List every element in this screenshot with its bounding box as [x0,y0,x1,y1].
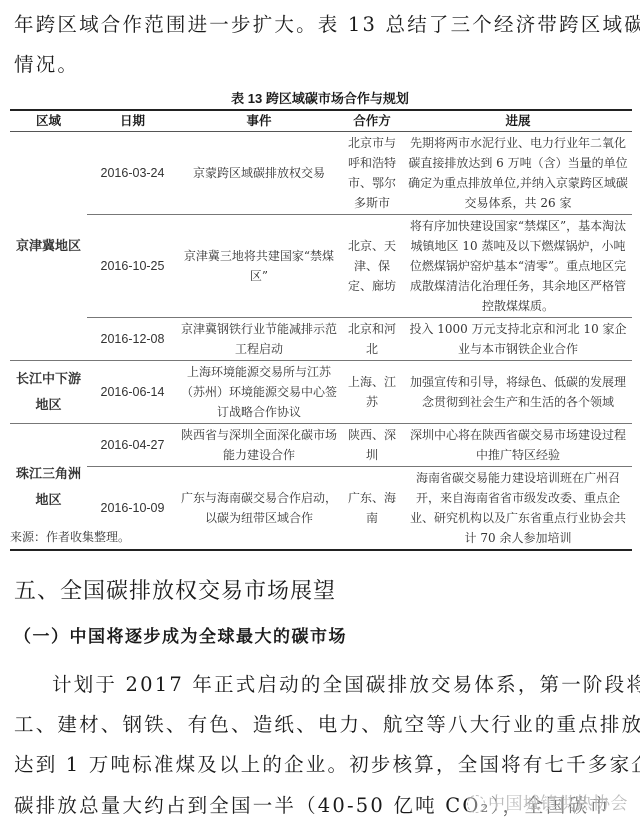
date-cell: 2016-03-24 [87,132,178,215]
partners-cell: 广东、海南 [340,467,404,551]
cooperation-table: 区域 日期 事件 合作方 进展 京津冀地区 2016-03-24 京蒙跨区域碳排… [10,109,632,551]
table-row: 京津冀地区 2016-03-24 京蒙跨区域碳排放权交易 北京市与呼和浩特市、鄂… [10,132,632,215]
header-event: 事件 [178,110,340,132]
watermark: 中国城镇供热协会 [467,789,628,814]
date-cell: 2016-04-27 [87,424,178,467]
partners-cell: 北京市与呼和浩特市、鄂尔多斯市 [340,132,404,215]
table-row: 珠江三角洲地区 2016-04-27 陕西省与深圳全面深化碳市场能力建设合作 陕… [10,424,632,467]
event-cell: 京津冀三地将共建国家“禁煤区” [178,215,340,318]
event-cell: 京蒙跨区域碳排放权交易 [178,132,340,215]
partners-cell: 上海、江苏 [340,361,404,424]
intro-line-1: 年跨区域合作范围进一步扩大。表 13 总结了三个经济带跨区域碳市场合作规划 [14,4,630,46]
body-line-2: 工、建材、钢铁、有色、造纸、电力、航空等八大行业的重点排放企业，即耗能 [14,704,630,746]
intro-line-2: 情况。 [14,44,630,86]
date-cell: 2016-06-14 [87,361,178,424]
event-cell: 上海环境能源交易所与江苏（苏州）环境能源交易中心签订战略合作协议 [178,361,340,424]
partners-cell: 北京和河北 [340,318,404,361]
table-source-note: 来源：作者收集整理。 [10,528,130,545]
date-cell: 2016-12-08 [87,318,178,361]
progress-cell: 海南省碳交易能力建设培训班在广州召开，来自海南省省市级发改委、重点企业、研究机构… [404,467,632,551]
progress-cell: 先期将两市水泥行业、电力行业年二氧化碳直接排放达到 6 万吨（含）当量的单位确定… [404,132,632,215]
wechat-icon [467,795,485,813]
body-line-1: 计划于 2017 年正式启动的全国碳排放交易体系，第一阶段将涵盖石化、化 [52,664,630,706]
header-progress: 进展 [404,110,632,132]
region-cell: 长江中下游地区 [10,361,87,424]
table-caption: 表 13 跨区域碳市场合作与规划 [0,88,640,107]
table-row: 2016-10-25 京津冀三地将共建国家“禁煤区” 北京、天津、保定、廊坊 将… [10,215,632,318]
table-row: 2016-12-08 京津冀钢铁行业节能减排示范工程启动 北京和河北 投入 10… [10,318,632,361]
body-line-3: 达到 1 万吨标准煤及以上的企业。初步核算，全国将有七千多家企业符合要求， [14,744,630,786]
header-partners: 合作方 [340,110,404,132]
partners-cell: 陕西、深圳 [340,424,404,467]
partners-cell: 北京、天津、保定、廊坊 [340,215,404,318]
watermark-text: 中国城镇供热协会 [488,794,628,814]
section-subheading: （一）中国将逐步成为全球最大的碳市场 [14,622,347,647]
event-cell: 京津冀钢铁行业节能减排示范工程启动 [178,318,340,361]
table-row: 长江中下游地区 2016-06-14 上海环境能源交易所与江苏（苏州）环境能源交… [10,361,632,424]
date-cell: 2016-10-25 [87,215,178,318]
event-cell: 广东与海南碳交易合作启动，以碳为纽带区域合作 [178,467,340,551]
progress-cell: 投入 1000 万元支持北京和河北 10 家企业与本市钢铁企业合作 [404,318,632,361]
event-cell: 陕西省与深圳全面深化碳市场能力建设合作 [178,424,340,467]
progress-cell: 深圳中心将在陕西省碳交易市场建设过程中推广特区经验 [404,424,632,467]
header-date: 日期 [87,110,178,132]
header-region: 区域 [10,110,87,132]
progress-cell: 加强宣传和引导，将绿色、低碳的发展理念贯彻到社会生产和生活的各个领域 [404,361,632,424]
section-heading: 五、全国碳排放权交易市场展望 [14,574,336,605]
table-header-row: 区域 日期 事件 合作方 进展 [10,110,632,132]
region-cell: 京津冀地区 [10,132,87,361]
progress-cell: 将有序加快建设国家“禁煤区”，基本淘汰城镇地区 10 蒸吨及以下燃煤锅炉，小吨位… [404,215,632,318]
